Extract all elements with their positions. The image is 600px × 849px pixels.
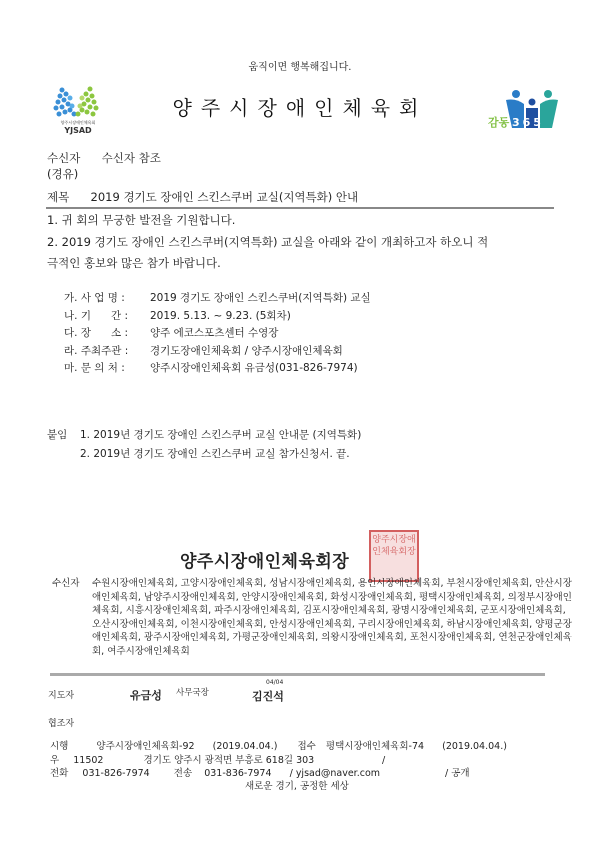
- paragraph-2-line-1: 2. 2019 경기도 장애인 스킨스쿠버(지역특화) 교실을 아래와 같이 개…: [47, 235, 488, 250]
- detail-item-venue: 다. 장 소 :양주 에코스포츠센터 수영장: [64, 325, 371, 343]
- family-figures-icon: 감동 365: [488, 88, 560, 130]
- issue-label: 시행: [50, 741, 68, 752]
- secretary-name: 김진석: [252, 688, 284, 704]
- supervisor-label: 지도자: [48, 688, 74, 701]
- detail-item-contact: 마. 문 의 처 :양주시장애인체육회 유금성(031-826-7974): [64, 360, 371, 378]
- detail-item-period: 나. 기 간 :2019. 5.13. ~ 9.23. (5회차): [64, 308, 371, 326]
- recipient-label: 수신자: [47, 151, 80, 165]
- recipients-label: 수신자: [52, 577, 80, 591]
- via-label: (경유): [47, 167, 78, 182]
- receipt-number: 평택시장애인체육회-74: [326, 741, 424, 752]
- secretary-date: 04/04: [266, 679, 283, 686]
- supervisor-name: 유금성: [130, 687, 162, 703]
- paragraph-1: 1. 귀 회의 무궁한 발전을 기원합니다.: [47, 213, 235, 228]
- receipt-date: (2019.04.04.): [442, 741, 507, 752]
- receipt-label: 접수: [298, 741, 316, 752]
- sender-title: 양주시장애인체육회장: [180, 547, 349, 572]
- issue-row: 시행 양주시장애인체육회-92 (2019.04.04.) 접수 평택시장애인체…: [50, 740, 507, 754]
- recipients-list: 수원시장애인체육회, 고양시장애인체육회, 성남시장애인체육회, 용인시장애인체…: [92, 577, 572, 658]
- motto: 새로운 경기, 공정한 세상: [245, 780, 349, 794]
- attachment-item-1: 1. 2019년 경기도 장애인 스킨스쿠버 교실 안내문 (지역특화): [80, 428, 361, 443]
- fax-number: 031-836-7974: [204, 768, 271, 779]
- phone-label: 전화: [50, 768, 68, 779]
- subject-value: 2019 경기도 장애인 스킨스쿠버 교실(지역특화) 안내: [91, 190, 359, 204]
- fax-label: 전송: [174, 768, 192, 779]
- official-seal-stamp: 양주시장애인체육회장: [369, 530, 419, 582]
- slogan: 움직이면 행복해집니다.: [0, 58, 600, 73]
- detail-item-project: 가. 사 업 명 :2019 경기도 장애인 스킨스쿠버(지역특화) 교실: [64, 290, 371, 308]
- address-row: 우 11502 경기도 양주시 광적면 부흥로 618길 303: [50, 754, 314, 768]
- subject-row: 제목 2019 경기도 장애인 스킨스쿠버 교실(지역특화) 안내: [47, 190, 358, 205]
- issue-number: 양주시장애인체육회-92: [96, 741, 194, 752]
- recipient-row: 수신자 수신자 참조: [47, 151, 161, 166]
- svg-text:감동: 감동: [488, 115, 510, 129]
- paragraph-2-line-2: 극적인 홍보와 많은 참가 바랍니다.: [47, 256, 221, 271]
- signature-divider: [50, 673, 545, 676]
- subject-divider: [46, 207, 554, 209]
- svg-text:365: 365: [512, 116, 544, 129]
- contact-row: 전화 031-826-7974 전송 031-836-7974 / yjsad@…: [50, 767, 380, 781]
- issue-date: (2019.04.04.): [213, 741, 278, 752]
- cooperator-label: 협조자: [48, 716, 74, 729]
- details-list: 가. 사 업 명 :2019 경기도 장애인 스킨스쿠버(지역특화) 교실 나.…: [64, 290, 371, 378]
- attachment-item-2: 2. 2019년 경기도 장애인 스킨스쿠버 교실 참가신청서. 끝.: [80, 447, 350, 462]
- subject-label: 제목: [47, 190, 69, 204]
- gamdong365-logo: 감동 365: [488, 88, 560, 130]
- postal-code: 11502: [73, 755, 103, 766]
- address: 경기도 양주시 광적면 부흥로 618길 303: [144, 755, 315, 766]
- detail-item-organizer: 라. 주최주관 :경기도장애인체육회 / 양주시장애인체육회: [64, 343, 371, 361]
- disclosure-status: / 공개: [445, 767, 470, 781]
- recipient-value: 수신자 참조: [102, 151, 161, 165]
- secretary-label: 사무국장: [176, 686, 209, 698]
- logo-abbr: YJSAD: [48, 126, 108, 135]
- phone-number: 031-826-7974: [82, 768, 149, 779]
- attachments-label: 붙임: [47, 428, 67, 443]
- email-link[interactable]: / yjsad@naver.com: [290, 768, 380, 779]
- postal-label: 우: [50, 755, 59, 766]
- address-slash: /: [382, 754, 385, 768]
